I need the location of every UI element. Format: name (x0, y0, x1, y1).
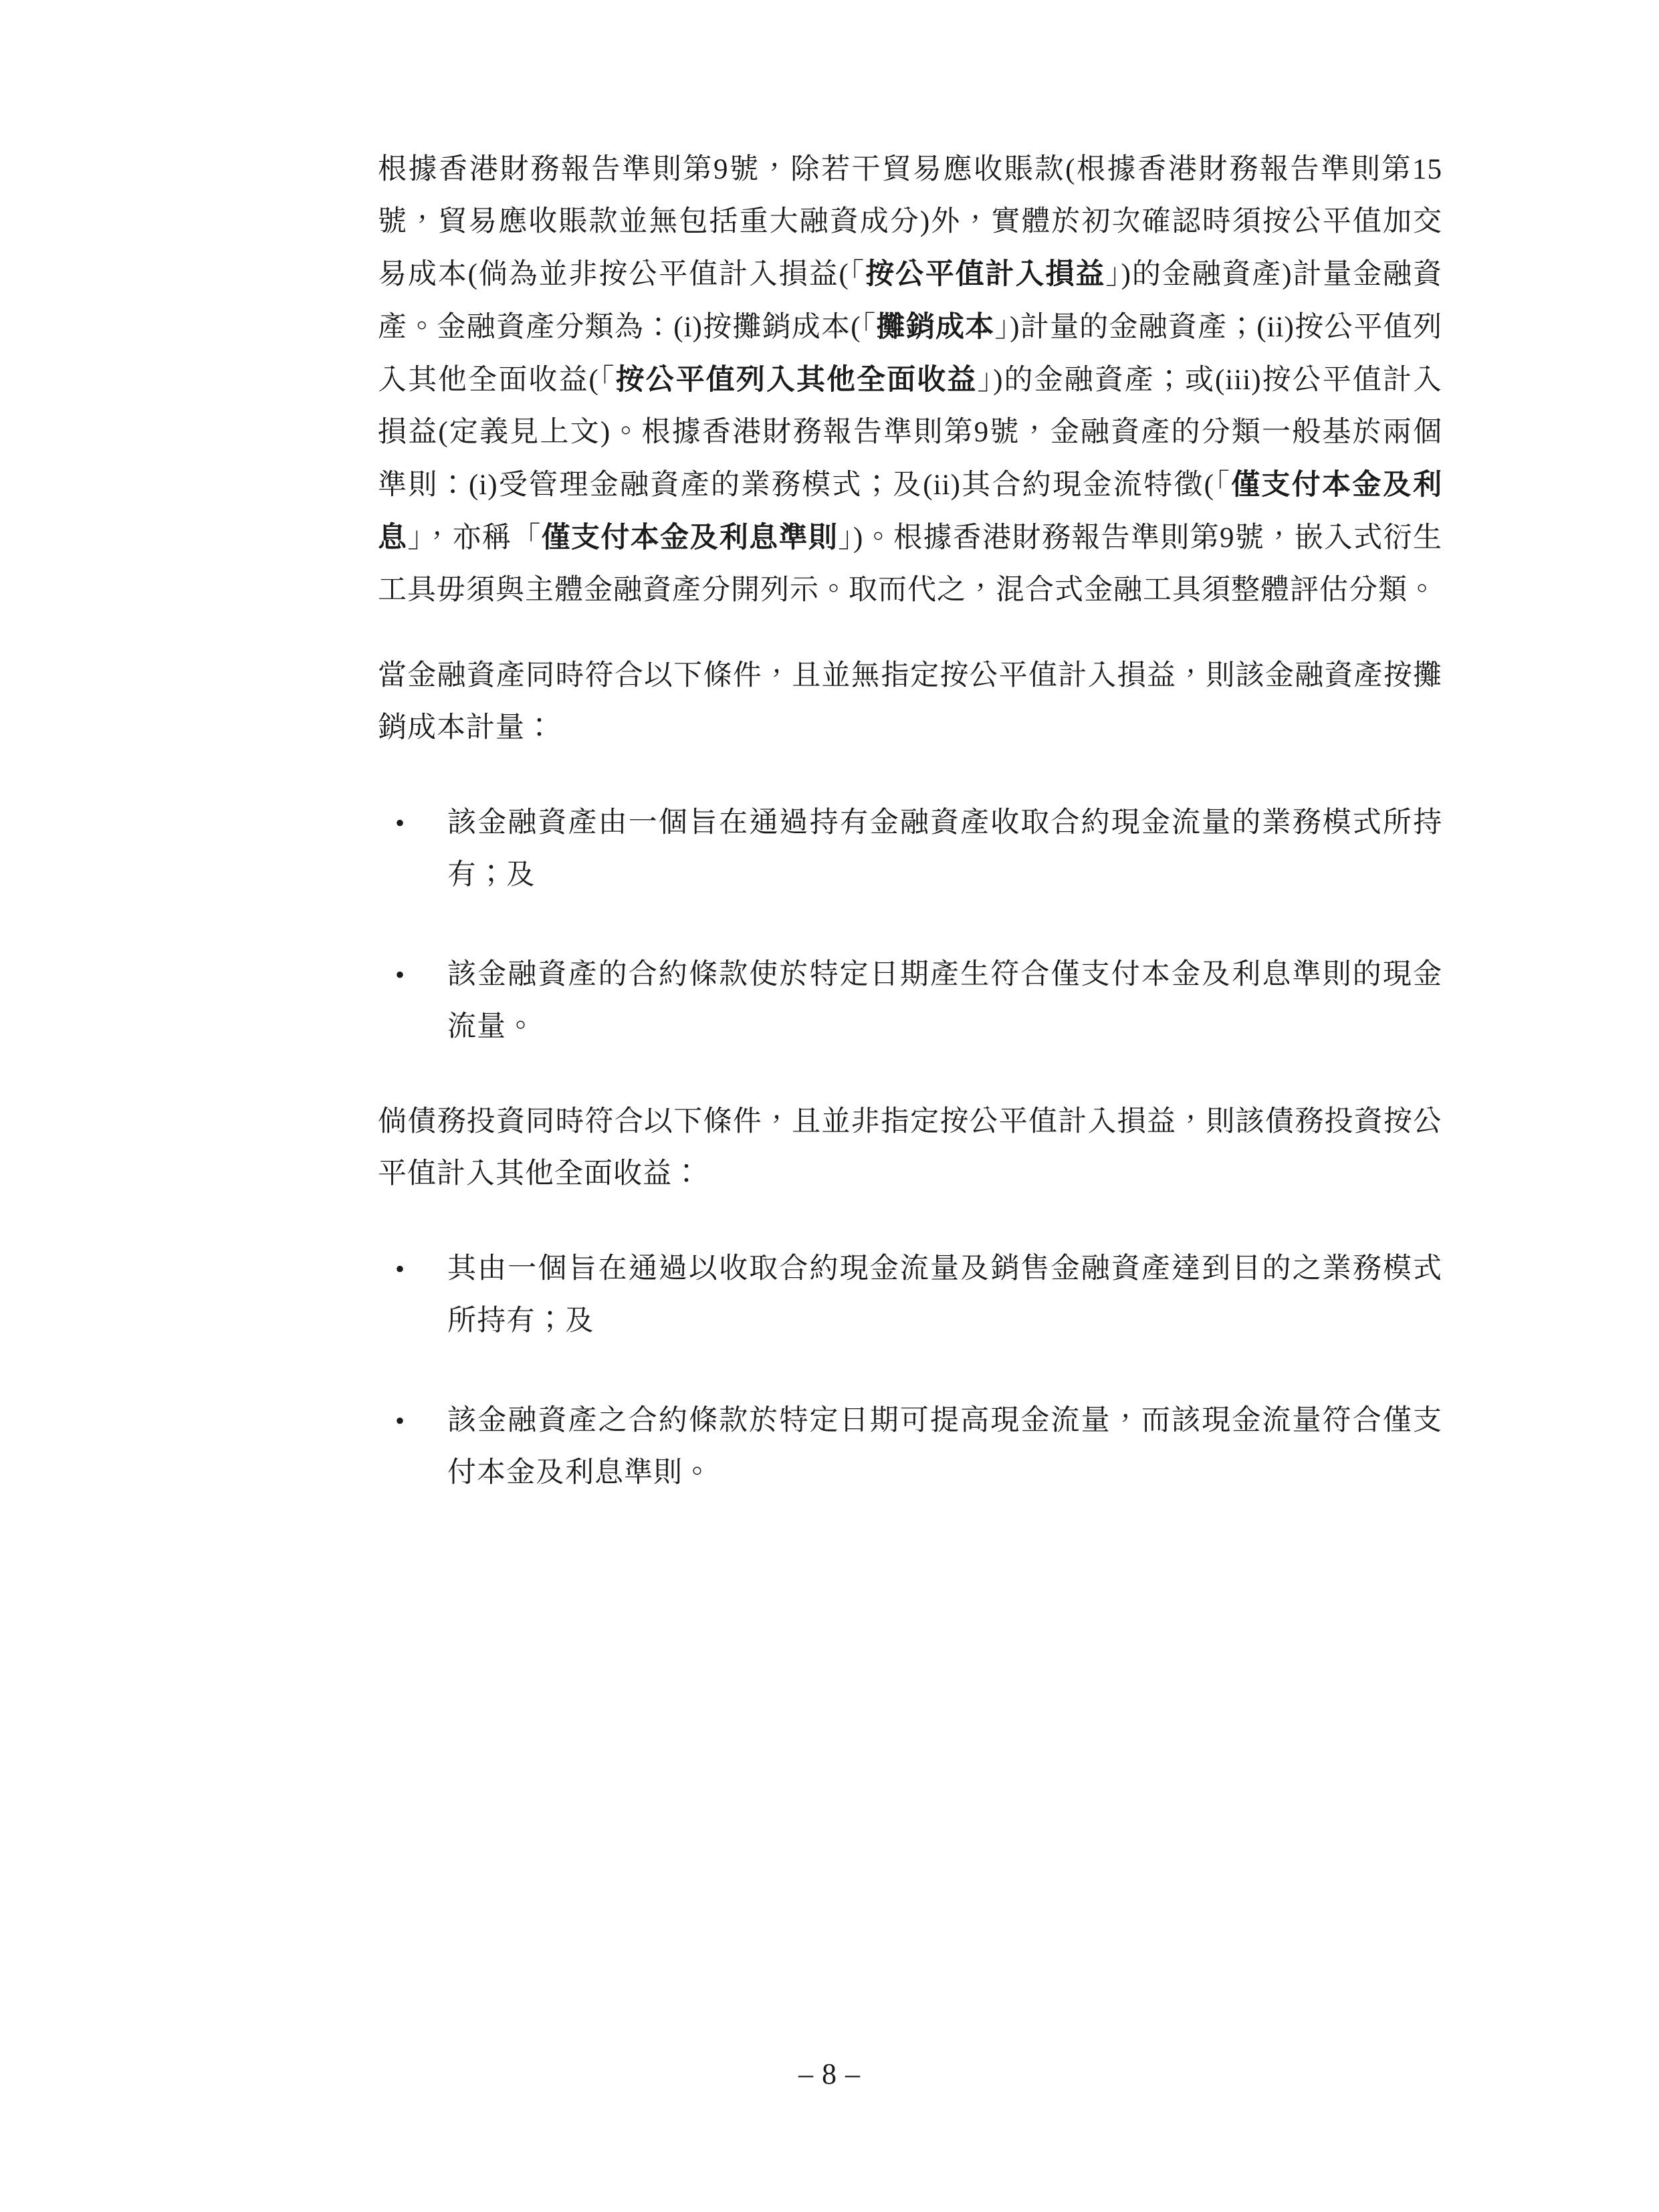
paragraph-fvoci-conditions-intro: 倘債務投資同時符合以下條件，且並非指定按公平值計入損益，則該債務投資按公平值計入… (378, 1096, 1442, 1200)
bullet-icon: • (395, 1243, 405, 1295)
bullet-list-fvoci-conditions: • 其由一個旨在通過以收取合約現金流量及銷售金融資產達到目的之業務模式所持有；及… (378, 1243, 1442, 1499)
list-item-text: 其由一個旨在通過以收取合約現金流量及銷售金融資產達到目的之業務模式所持有；及 (447, 1253, 1442, 1337)
document-page: 根據香港財務報告準則第9號，除若干貿易應收賬款(根據香港財務報告準則第15號，貿… (0, 0, 1659, 2212)
page-number: – 8 – (0, 2054, 1659, 2094)
list-item-text: 該金融資產的合約條款使於特定日期產生符合僅支付本金及利息準則的現金流量。 (447, 959, 1442, 1042)
page-content: 根據香港財務報告準則第9號，除若干貿易應收賬款(根據香港財務報告準則第15號，貿… (378, 144, 1442, 1542)
bullet-icon: • (395, 949, 405, 1001)
list-item-text: 該金融資產由一個旨在通過持有金融資產收取合約現金流量的業務模式所持有；及 (447, 807, 1442, 891)
bullet-icon: • (395, 1395, 405, 1447)
list-item: • 該金融資產的合約條款使於特定日期產生符合僅支付本金及利息準則的現金流量。 (378, 949, 1442, 1053)
list-item: • 該金融資產由一個旨在通過持有金融資產收取合約現金流量的業務模式所持有；及 (378, 797, 1442, 901)
bullet-icon: • (395, 797, 405, 849)
bullet-list-amortised-cost-conditions: • 該金融資產由一個旨在通過持有金融資產收取合約現金流量的業務模式所持有；及 •… (378, 797, 1442, 1053)
list-item-text: 該金融資產之合約條款於特定日期可提高現金流量，而該現金流量符合僅支付本金及利息準… (447, 1405, 1442, 1488)
list-item: • 其由一個旨在通過以收取合約現金流量及銷售金融資產達到目的之業務模式所持有；及 (378, 1243, 1442, 1347)
list-item: • 該金融資產之合約條款於特定日期可提高現金流量，而該現金流量符合僅支付本金及利… (378, 1395, 1442, 1499)
paragraph-hkfrs9-classification: 根據香港財務報告準則第9號，除若干貿易應收賬款(根據香港財務報告準則第15號，貿… (378, 144, 1442, 617)
paragraph-amortised-cost-conditions-intro: 當金融資產同時符合以下條件，且並無指定按公平值計入損益，則該金融資產按攤銷成本計… (378, 650, 1442, 754)
